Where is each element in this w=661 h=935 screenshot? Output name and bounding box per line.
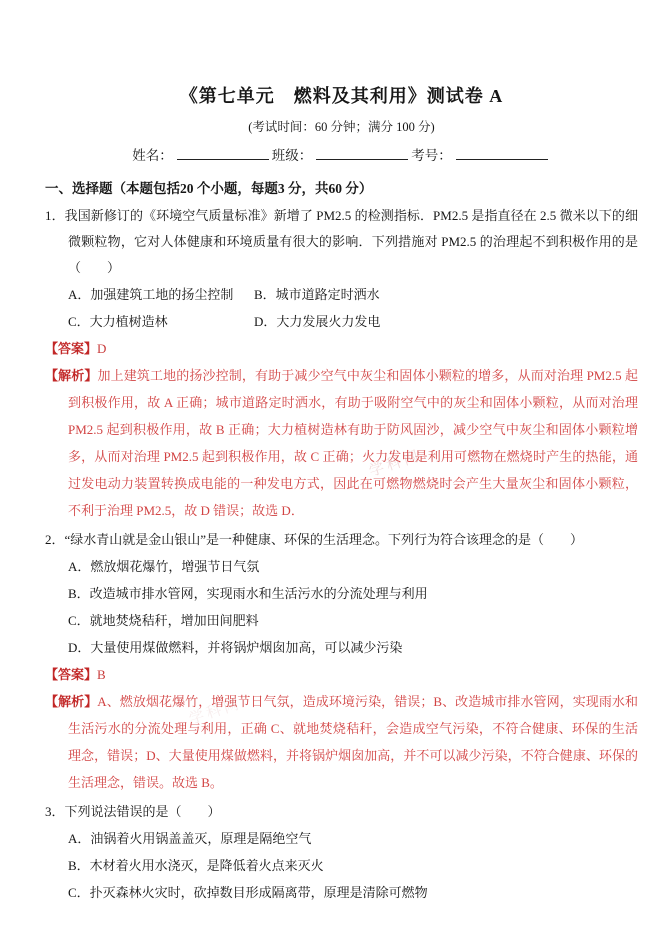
option-text: 大力植树造林 xyxy=(90,314,168,329)
option-text: 木材着火用水浇灭，是降低着火点来灭火 xyxy=(90,858,324,873)
option-label: D． xyxy=(68,640,90,655)
options-list: A．燃放烟花爆竹，增强节日气氛B．改造城市排水管网，实现雨水和生活污水的分流处理… xyxy=(45,553,638,661)
analysis-label: 【解析】 xyxy=(45,368,98,383)
option-A: A．油锅着火用锅盖盖灭，原理是隔绝空气 xyxy=(45,825,638,852)
class-blank-line xyxy=(316,145,408,160)
option-label: B． xyxy=(254,287,276,302)
question-number: 1． xyxy=(45,208,65,223)
option-text: 油锅着火用锅盖盖灭，原理是隔绝空气 xyxy=(90,831,311,846)
question-block: 3．下列说法错误的是（ ） A．油锅着火用锅盖盖灭，原理是隔绝空气B．木材着火用… xyxy=(45,799,638,906)
question-stem: 1．我国新修订的《环境空气质量标准》新增了 PM2.5 的检测指标．PM2.5 … xyxy=(45,203,638,281)
option-C: C．扑灭森林火灾时，砍掉数目形成隔离带，原理是清除可燃物 xyxy=(45,879,638,906)
answer-label: 【答案】 xyxy=(45,341,97,356)
options-list: A．油锅着火用锅盖盖灭，原理是隔绝空气B．木材着火用水浇灭，是降低着火点来灭火C… xyxy=(45,825,638,906)
option-text: 大量使用煤做燃料，并将锅炉烟囱加高，可以减少污染 xyxy=(90,640,402,655)
class-label: 班级： xyxy=(272,148,313,163)
student-info-row: 姓名：班级：考号： xyxy=(45,145,638,166)
analysis: 【解析】加上建筑工地的扬沙控制，有助于减少空气中灰尘和固体小颗粒的增多，从而对治… xyxy=(45,362,638,524)
option-B: B．木材着火用水浇灭，是降低着火点来灭火 xyxy=(45,852,638,879)
question-stem-text: “绿水青山就是金山银山”是一种健康、环保的生活理念。下列行为符合该理念的是（ ） xyxy=(65,532,584,547)
question-stem: 2．“绿水青山就是金山银山”是一种健康、环保的生活理念。下列行为符合该理念的是（… xyxy=(45,527,638,553)
option-C: C．大力植树造林 xyxy=(68,308,254,335)
option-text: 改造城市排水管网，实现雨水和生活污水的分流处理与利用 xyxy=(90,586,428,601)
option-label: D． xyxy=(254,314,276,329)
option-A: A．加强建筑工地的扬尘控制 xyxy=(68,281,254,308)
answer-value: B xyxy=(97,667,106,682)
question-number: 2． xyxy=(45,532,65,547)
answer-line: 【答案】D xyxy=(45,335,638,362)
section-header: 一、选择题（本题包括20 个小题，每题3 分，共60 分） xyxy=(45,179,638,198)
name-label: 姓名： xyxy=(132,148,173,163)
option-B: B．改造城市排水管网，实现雨水和生活污水的分流处理与利用 xyxy=(45,580,638,607)
exam-no-label: 考号： xyxy=(411,148,452,163)
analysis-text: A、燃放烟花爆竹，增强节日气氛，造成环境污染，错误；B、改造城市排水管网，实现雨… xyxy=(68,694,638,790)
name-blank-line xyxy=(177,145,269,160)
page-title: 《第七单元 燃料及其利用》测试卷 A xyxy=(45,84,638,108)
question-stem: 3．下列说法错误的是（ ） xyxy=(45,799,638,825)
answer-line: 【答案】B xyxy=(45,661,638,688)
option-label: A． xyxy=(68,287,90,302)
option-B: B．城市道路定时洒水 xyxy=(254,281,638,308)
option-D: D．大力发展火力发电 xyxy=(254,308,638,335)
exam-no-blank-line xyxy=(456,145,548,160)
questions-list: 1．我国新修订的《环境空气质量标准》新增了 PM2.5 的检测指标．PM2.5 … xyxy=(45,203,638,906)
answer-label: 【答案】 xyxy=(45,667,97,682)
analysis: 【解析】A、燃放烟花爆竹，增强节日气氛，造成环境污染，错误；B、改造城市排水管网… xyxy=(45,688,638,796)
question-block: 2．“绿水青山就是金山银山”是一种健康、环保的生活理念。下列行为符合该理念的是（… xyxy=(45,527,638,796)
question-block: 1．我国新修订的《环境空气质量标准》新增了 PM2.5 的检测指标．PM2.5 … xyxy=(45,203,638,524)
question-number: 3． xyxy=(45,804,65,819)
option-text: 城市道路定时洒水 xyxy=(276,287,380,302)
analysis-label: 【解析】 xyxy=(45,694,97,709)
option-text: 大力发展火力发电 xyxy=(276,314,380,329)
option-label: B． xyxy=(68,858,90,873)
test-paper-page: 《第七单元 燃料及其利用》测试卷 A (考试时间：60 分钟；满分 100 分)… xyxy=(0,0,661,935)
option-label: B． xyxy=(68,586,90,601)
question-stem-text: 下列说法错误的是（ ） xyxy=(65,804,221,819)
option-text: 扑灭森林火灾时，砍掉数目形成隔离带，原理是清除可燃物 xyxy=(90,885,428,900)
option-label: C． xyxy=(68,613,90,628)
option-label: A． xyxy=(68,831,90,846)
answer-value: D xyxy=(97,341,106,356)
option-text: 燃放烟花爆竹，增强节日气氛 xyxy=(90,559,259,574)
option-label: C． xyxy=(68,885,90,900)
option-text: 加强建筑工地的扬尘控制 xyxy=(90,287,233,302)
option-label: A． xyxy=(68,559,90,574)
question-stem-text: 我国新修订的《环境空气质量标准》新增了 PM2.5 的检测指标．PM2.5 是指… xyxy=(65,208,638,275)
option-A: A．燃放烟花爆竹，增强节日气氛 xyxy=(45,553,638,580)
analysis-text: 加上建筑工地的扬沙控制，有助于减少空气中灰尘和固体小颗粒的增多，从而对治理 PM… xyxy=(68,368,638,518)
exam-info: (考试时间：60 分钟；满分 100 分) xyxy=(45,119,638,136)
option-C: C．就地焚烧秸秆，增加田间肥料 xyxy=(45,607,638,634)
option-D: D．大量使用煤做燃料，并将锅炉烟囱加高，可以减少污染 xyxy=(45,634,638,661)
option-text: 就地焚烧秸秆，增加田间肥料 xyxy=(90,613,259,628)
option-label: C． xyxy=(68,314,90,329)
options-list: A．加强建筑工地的扬尘控制B．城市道路定时洒水C．大力植树造林D．大力发展火力发… xyxy=(45,281,638,335)
